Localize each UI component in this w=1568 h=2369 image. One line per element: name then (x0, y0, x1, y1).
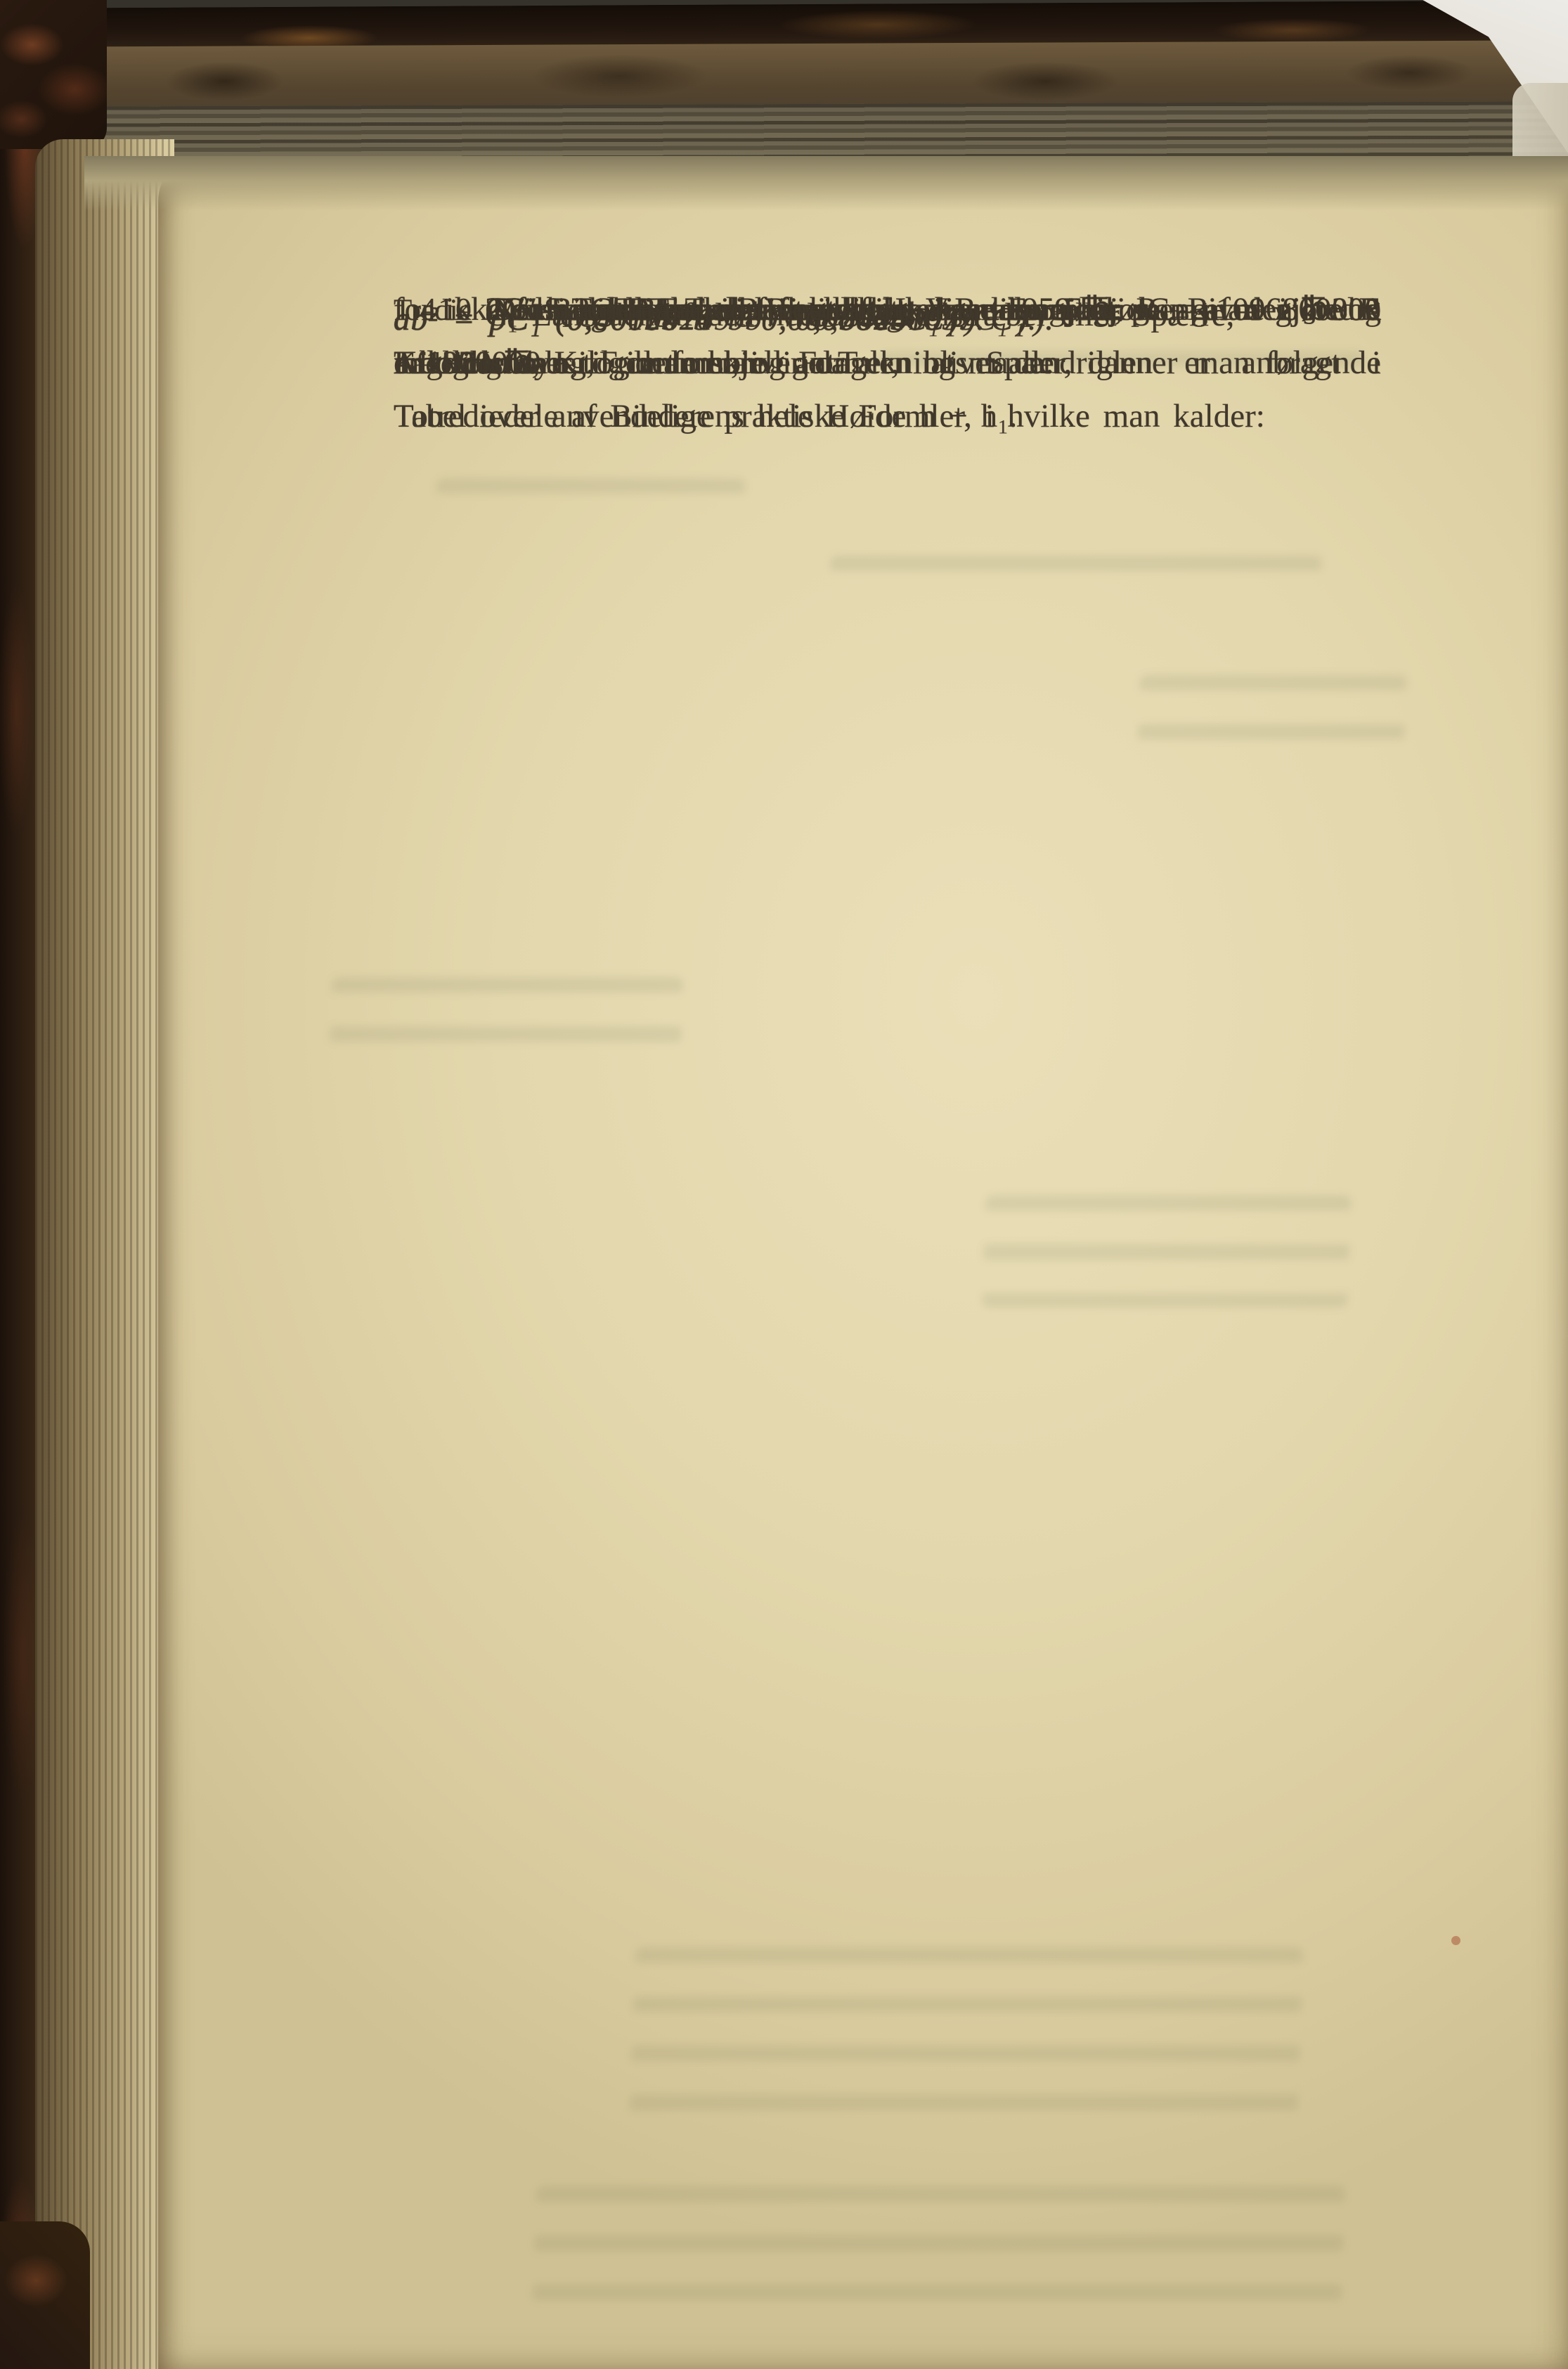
definition-paragraph: C₁′ = 2C′ Bærevidden eller Horizontalpro… (394, 283, 1381, 443)
book-corner-leather-bottom (0, 2221, 90, 2369)
show-through-artifact (435, 478, 746, 527)
paper-speck (1451, 1936, 1460, 1945)
show-through-artifact (329, 977, 684, 1069)
book-corner-leather-top (0, 0, 107, 149)
show-through-artifact (982, 1195, 1352, 1308)
show-through-artifact (531, 2186, 1345, 2334)
book-page: 410 Tredie Afdeling. ab² = pC₁ (0,000002… (158, 156, 1568, 2369)
book-left-page-edges (35, 139, 174, 2369)
show-through-artifact (829, 555, 1322, 605)
show-through-artifact (1137, 675, 1407, 752)
show-through-artifact (630, 1947, 1303, 2116)
book-scan: 410 Tredie Afdeling. ab² = pC₁ (0,000002… (0, 0, 1568, 2369)
page-top-curl-shading (84, 156, 1568, 211)
